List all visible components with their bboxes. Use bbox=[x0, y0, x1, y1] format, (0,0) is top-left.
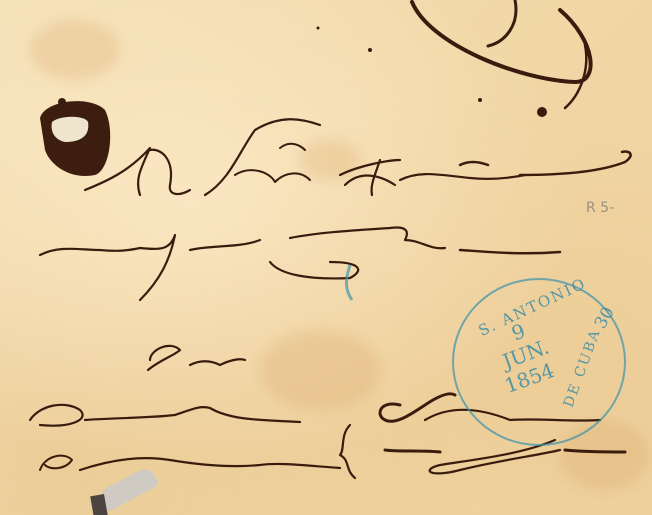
postmark-region: DE CUBA bbox=[561, 326, 604, 409]
postal-cover: Al Sor. Tente Gob.or de la presidencia d… bbox=[0, 0, 652, 515]
pencil-note: R 5- bbox=[586, 200, 614, 216]
postmark: S. ANTONIO 30 9 JUN. 1854 DE CUBA bbox=[452, 278, 626, 446]
